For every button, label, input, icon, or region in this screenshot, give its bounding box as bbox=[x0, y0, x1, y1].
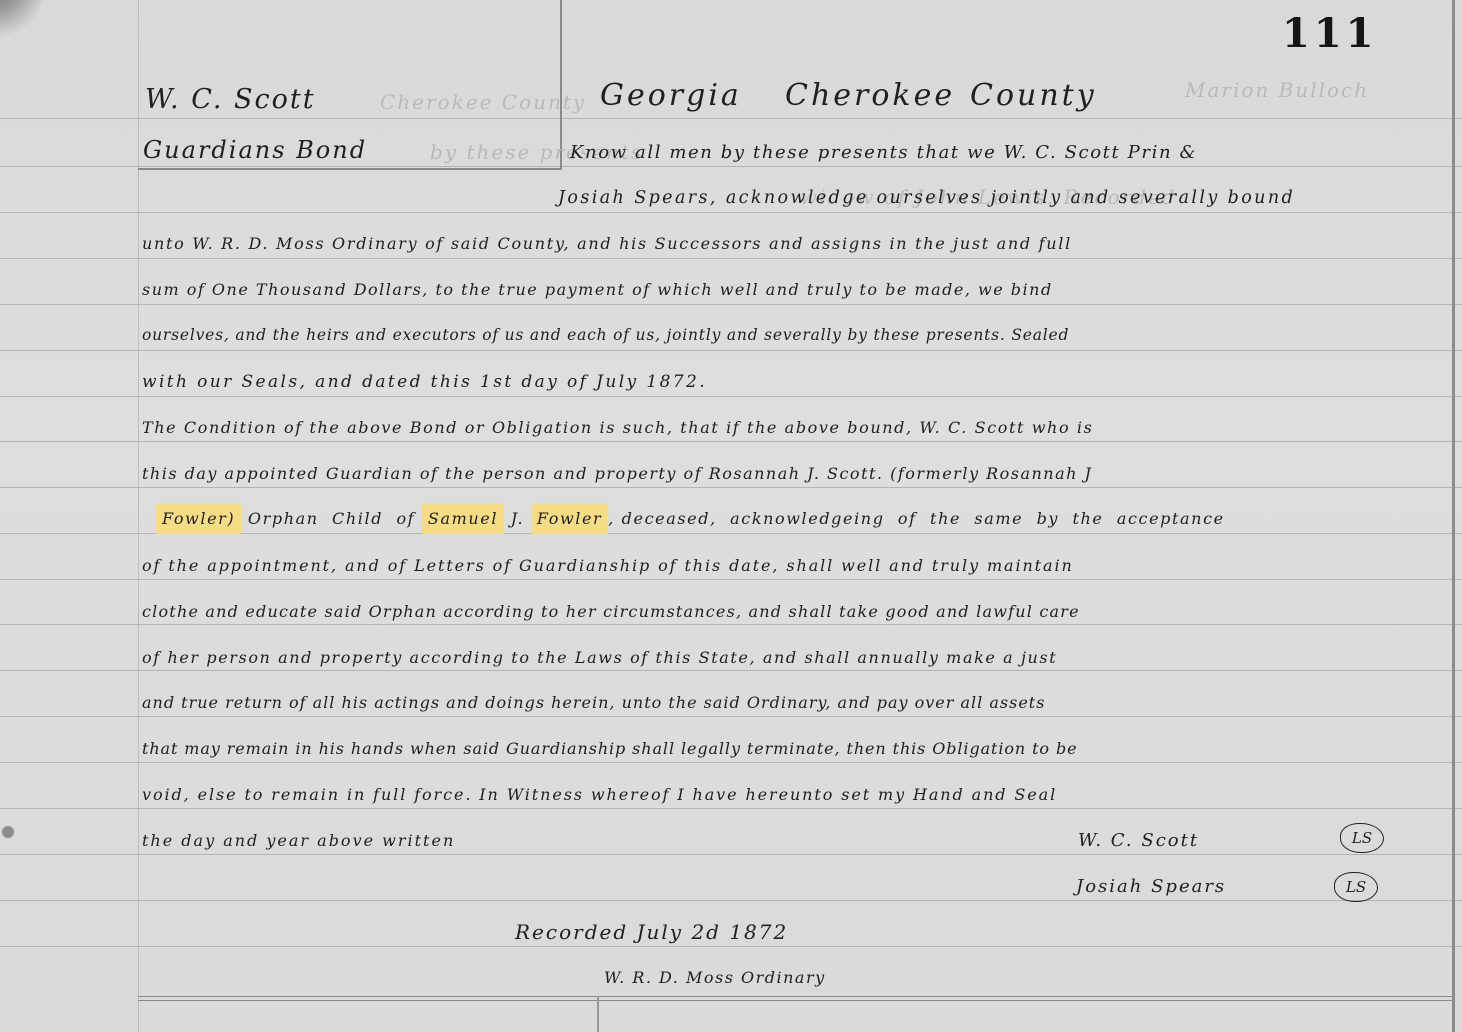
bond-text-line: with our Seals, and dated this 1st day o… bbox=[142, 372, 707, 392]
recording-officer: W. R. D. Moss Ordinary bbox=[604, 968, 826, 987]
bond-text-line-highlighted: Fowler) Orphan Child of Samuel J. Fowler… bbox=[156, 509, 1225, 528]
ruled-line bbox=[0, 854, 1462, 855]
bond-text-line: sum of One Thousand Dollars, to the true… bbox=[142, 280, 1053, 299]
ruled-line bbox=[0, 579, 1462, 580]
heading-county-label: County bbox=[970, 78, 1097, 113]
highlight-fowler: Fowler) bbox=[156, 503, 241, 534]
ruled-line bbox=[0, 212, 1462, 213]
bond-text-line: void, else to remain in full force. In W… bbox=[142, 785, 1057, 804]
bond-text-line: the day and year above written bbox=[142, 831, 455, 850]
bond-text-line: of the appointment, and of Letters of Gu… bbox=[142, 556, 1074, 575]
bond-text-line: clothe and educate said Orphan according… bbox=[142, 602, 1080, 621]
ruled-line bbox=[0, 487, 1462, 488]
bond-text-line: The Condition of the above Bond or Oblig… bbox=[142, 418, 1093, 437]
bottom-divider bbox=[597, 996, 599, 1032]
margin-name: W. C. Scott bbox=[145, 84, 316, 115]
ruled-line bbox=[0, 441, 1462, 442]
seal-icon: LS bbox=[1334, 872, 1378, 902]
bottom-double-rule bbox=[138, 996, 1452, 1001]
ledger-page: Marion Bulloch Cherokee County by these … bbox=[0, 0, 1462, 1032]
signature-scott: W. C. Scott bbox=[1078, 830, 1199, 851]
bond-text-line: of her person and property according to … bbox=[142, 648, 1057, 667]
bond-text-line: Know all men by these presents that we W… bbox=[570, 142, 1197, 163]
ruled-line bbox=[0, 258, 1462, 259]
ruled-line bbox=[0, 304, 1462, 305]
page-corner-shadow bbox=[0, 0, 51, 51]
ruled-line bbox=[0, 946, 1462, 947]
text-span: J. bbox=[504, 509, 531, 528]
bond-text-line: that may remain in his hands when said G… bbox=[142, 739, 1077, 758]
ruled-line bbox=[0, 624, 1462, 625]
bond-text-line: unto W. R. D. Moss Ordinary of said Coun… bbox=[142, 234, 1072, 253]
bond-text-line: Josiah Spears, acknowledge ourselves joi… bbox=[558, 188, 1295, 208]
bleedthrough-text: Cherokee County bbox=[380, 90, 586, 114]
bond-text-line: and true return of all his actings and d… bbox=[142, 693, 1045, 712]
ruled-line bbox=[0, 350, 1462, 351]
bond-text-line: ourselves, and the heirs and executors o… bbox=[142, 326, 1069, 344]
ruled-line bbox=[0, 808, 1462, 809]
ruled-line bbox=[0, 900, 1462, 901]
text-span: , deceased, acknowledgeing of the same b… bbox=[608, 509, 1224, 528]
seal-icon: LS bbox=[1340, 823, 1384, 853]
ruled-line bbox=[0, 716, 1462, 717]
page-number: 111 bbox=[1282, 10, 1378, 57]
bleedthrough-text: Marion Bulloch bbox=[1185, 78, 1369, 102]
margin-title: Guardians Bond bbox=[143, 136, 367, 164]
recorded-date: Recorded July 2d 1872 bbox=[515, 920, 788, 944]
binding-hole bbox=[2, 826, 14, 838]
signature-spears: Josiah Spears bbox=[1076, 876, 1226, 897]
heading-county-name: Cherokee bbox=[785, 78, 955, 113]
ruled-line bbox=[0, 762, 1462, 763]
bond-text-line: this day appointed Guardian of the perso… bbox=[142, 464, 1092, 483]
ruled-line bbox=[0, 670, 1462, 671]
page-edge bbox=[1452, 0, 1455, 1032]
highlight-fowler-2: Fowler bbox=[531, 503, 608, 534]
ruled-line bbox=[0, 396, 1462, 397]
text-span: Orphan Child of bbox=[241, 509, 422, 528]
highlight-samuel: Samuel bbox=[422, 503, 504, 534]
heading-state: Georgia bbox=[600, 78, 742, 113]
